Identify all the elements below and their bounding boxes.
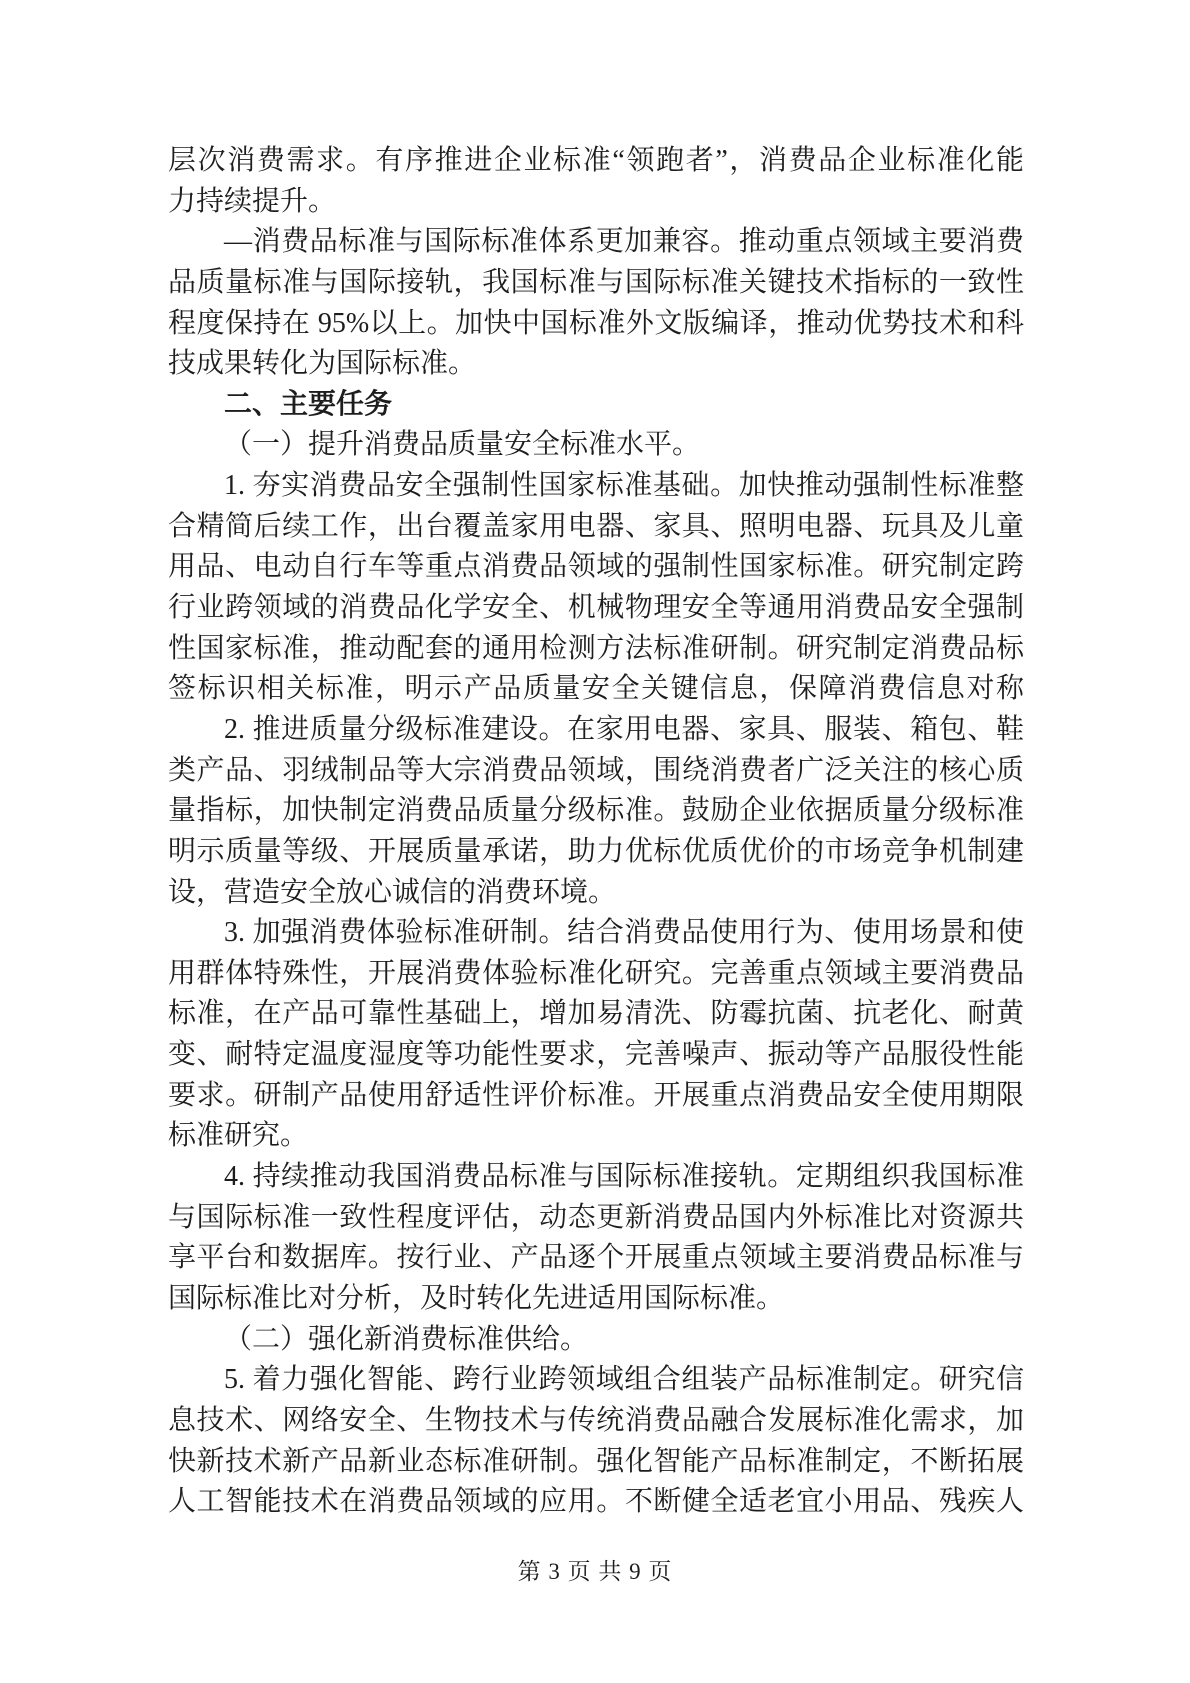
page-footer: 第 3 页 共 9 页 — [0, 1556, 1190, 1588]
text-line: 变、耐特定温度湿度等功能性要求，完善噪声、振动等产品服役性能 — [168, 1035, 1024, 1076]
text-line: 快新技术新产品新业态标准研制。强化智能产品标准制定，不断拓展 — [168, 1442, 1024, 1483]
text-line: 息技术、网络安全、生物技术与传统消费品融合发展标准化需求，加 — [168, 1401, 1024, 1442]
text-line: 合精简后续工作，出台覆盖家用电器、家具、照明电器、玩具及儿童 — [168, 507, 1024, 548]
text-line: 用群体特殊性，开展消费体验标准化研究。完善重点领域主要消费品 — [168, 954, 1024, 995]
text-line: 行业跨领域的消费品化学安全、机械物理安全等通用消费品安全强制 — [168, 588, 1024, 629]
text-line: —消费品标准与国际标准体系更加兼容。推动重点领域主要消费 — [168, 222, 1024, 263]
text-line: 3. 加强消费体验标准研制。结合消费品使用行为、使用场景和使 — [168, 913, 1024, 954]
text-line: 标准研究。 — [168, 1116, 1024, 1157]
document-body: 层次消费需求。有序推进企业标准“领跑者”，消费品企业标准化能力持续提升。—消费品… — [168, 141, 1024, 1523]
text-line: 层次消费需求。有序推进企业标准“领跑者”，消费品企业标准化能 — [168, 141, 1024, 182]
text-line: 标准，在产品可靠性基础上，增加易清洗、防霉抗菌、抗老化、耐黄 — [168, 994, 1024, 1035]
text-line: 程度保持在 95%以上。加快中国标准外文版编译，推动优势技术和科 — [168, 304, 1024, 345]
text-line: 1. 夯实消费品安全强制性国家标准基础。加快推动强制性标准整 — [168, 466, 1024, 507]
section-heading-line: 二、主要任务 — [168, 385, 1024, 426]
text-line: 与国际标准一致性程度评估，动态更新消费品国内外标准比对资源共 — [168, 1198, 1024, 1239]
text-line: 技成果转化为国际标准。 — [168, 344, 1024, 385]
text-line: 5. 着力强化智能、跨行业跨领域组合组装产品标准制定。研究信 — [168, 1360, 1024, 1401]
text-line: 享平台和数据库。按行业、产品逐个开展重点领域主要消费品标准与 — [168, 1238, 1024, 1279]
text-line: 签标识相关标准，明示产品质量安全关键信息，保障消费信息对称性。 — [168, 669, 1024, 710]
document-page: 层次消费需求。有序推进企业标准“领跑者”，消费品企业标准化能力持续提升。—消费品… — [0, 0, 1190, 1683]
text-line: 国际标准比对分析，及时转化先进适用国际标准。 — [168, 1279, 1024, 1320]
text-line: （一）提升消费品质量安全标准水平。 — [168, 425, 1024, 466]
text-line: 品质量标准与国际接轨，我国标准与国际标准关键技术指标的一致性 — [168, 263, 1024, 304]
text-line: 2. 推进质量分级标准建设。在家用电器、家具、服装、箱包、鞋 — [168, 710, 1024, 751]
text-line: 用品、电动自行车等重点消费品领域的强制性国家标准。研究制定跨 — [168, 547, 1024, 588]
text-line: 性国家标准，推动配套的通用检测方法标准研制。研究制定消费品标 — [168, 629, 1024, 670]
text-line: 力持续提升。 — [168, 182, 1024, 223]
text-line: 人工智能技术在消费品领域的应用。不断健全适老宜小用品、残疾人 — [168, 1482, 1024, 1523]
text-line: 4. 持续推动我国消费品标准与国际标准接轨。定期组织我国标准 — [168, 1157, 1024, 1198]
text-line: 量指标，加快制定消费品质量分级标准。鼓励企业依据质量分级标准 — [168, 791, 1024, 832]
text-line: 设，营造安全放心诚信的消费环境。 — [168, 873, 1024, 914]
text-line: （二）强化新消费标准供给。 — [168, 1320, 1024, 1361]
text-line: 明示质量等级、开展质量承诺，助力优标优质优价的市场竞争机制建 — [168, 832, 1024, 873]
text-line: 要求。研制产品使用舒适性评价标准。开展重点消费品安全使用期限 — [168, 1076, 1024, 1117]
text-line: 类产品、羽绒制品等大宗消费品领域，围绕消费者广泛关注的核心质 — [168, 751, 1024, 792]
